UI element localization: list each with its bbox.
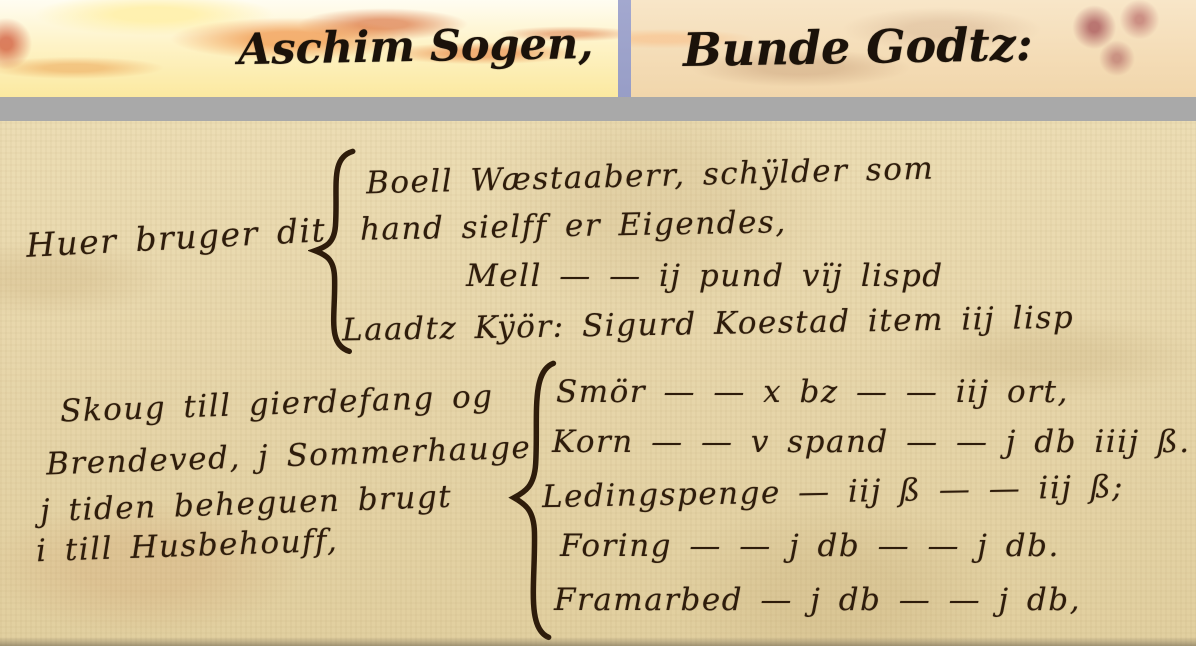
entry1-line-debtor: Boell Wæstaaberr, schÿlder som — [366, 151, 935, 202]
entry1-label: Huer bruger dit — [25, 210, 327, 265]
left-parish-title: Aschim Sogen, — [238, 19, 594, 75]
entry2-label-line4: i till Husbehouff, — [35, 523, 338, 570]
manuscript-body: Huer bruger dit Boell Wæstaaberr, schÿld… — [0, 121, 1196, 646]
scanner-band — [0, 97, 1196, 121]
entry2-label-line2: Brendeved, j Sommerhauge — [46, 430, 532, 483]
entry2-label-line1: Skoug till gierdefang og — [60, 378, 495, 429]
header-left-strip: Aschim Sogen, — [0, 0, 618, 97]
strip-divider — [618, 0, 631, 100]
entry1-line-mell: Mell — — ij pund vïj lispd — [466, 258, 944, 294]
header-right-strip: Bunde Godtz: — [631, 0, 1196, 97]
entry2-line-framarbed: Framarbed — j db — — j db, — [554, 582, 1081, 618]
entry2-line-foring: Foring — — j db — — j db. — [560, 528, 1060, 564]
header-row: Aschim Sogen, Bunde Godtz: — [0, 0, 1196, 97]
scan-bottom-edge — [0, 637, 1196, 646]
entry2-label-line3: j tiden beheguen brugt — [39, 479, 452, 529]
entry2-line-korn: Korn — — v spand — — j db iiij ß. — [552, 424, 1191, 460]
entry1-line-laadtz: Laadtz Kÿör: Sigurd Koestad item iij lis… — [342, 300, 1075, 349]
manuscript-scan: Aschim Sogen, Bunde Godtz: Huer bruger d… — [0, 0, 1196, 646]
entry1-line-owner: hand sielff er Eigendes, — [360, 204, 787, 247]
right-section-title: Bunde Godtz: — [683, 17, 1034, 77]
entry2-line-ledingspenge: Ledingspenge — iij ß — — iij ß; — [542, 469, 1125, 515]
entry2-line-smor: Smör — — x bz — — iij ort, — [556, 374, 1069, 410]
